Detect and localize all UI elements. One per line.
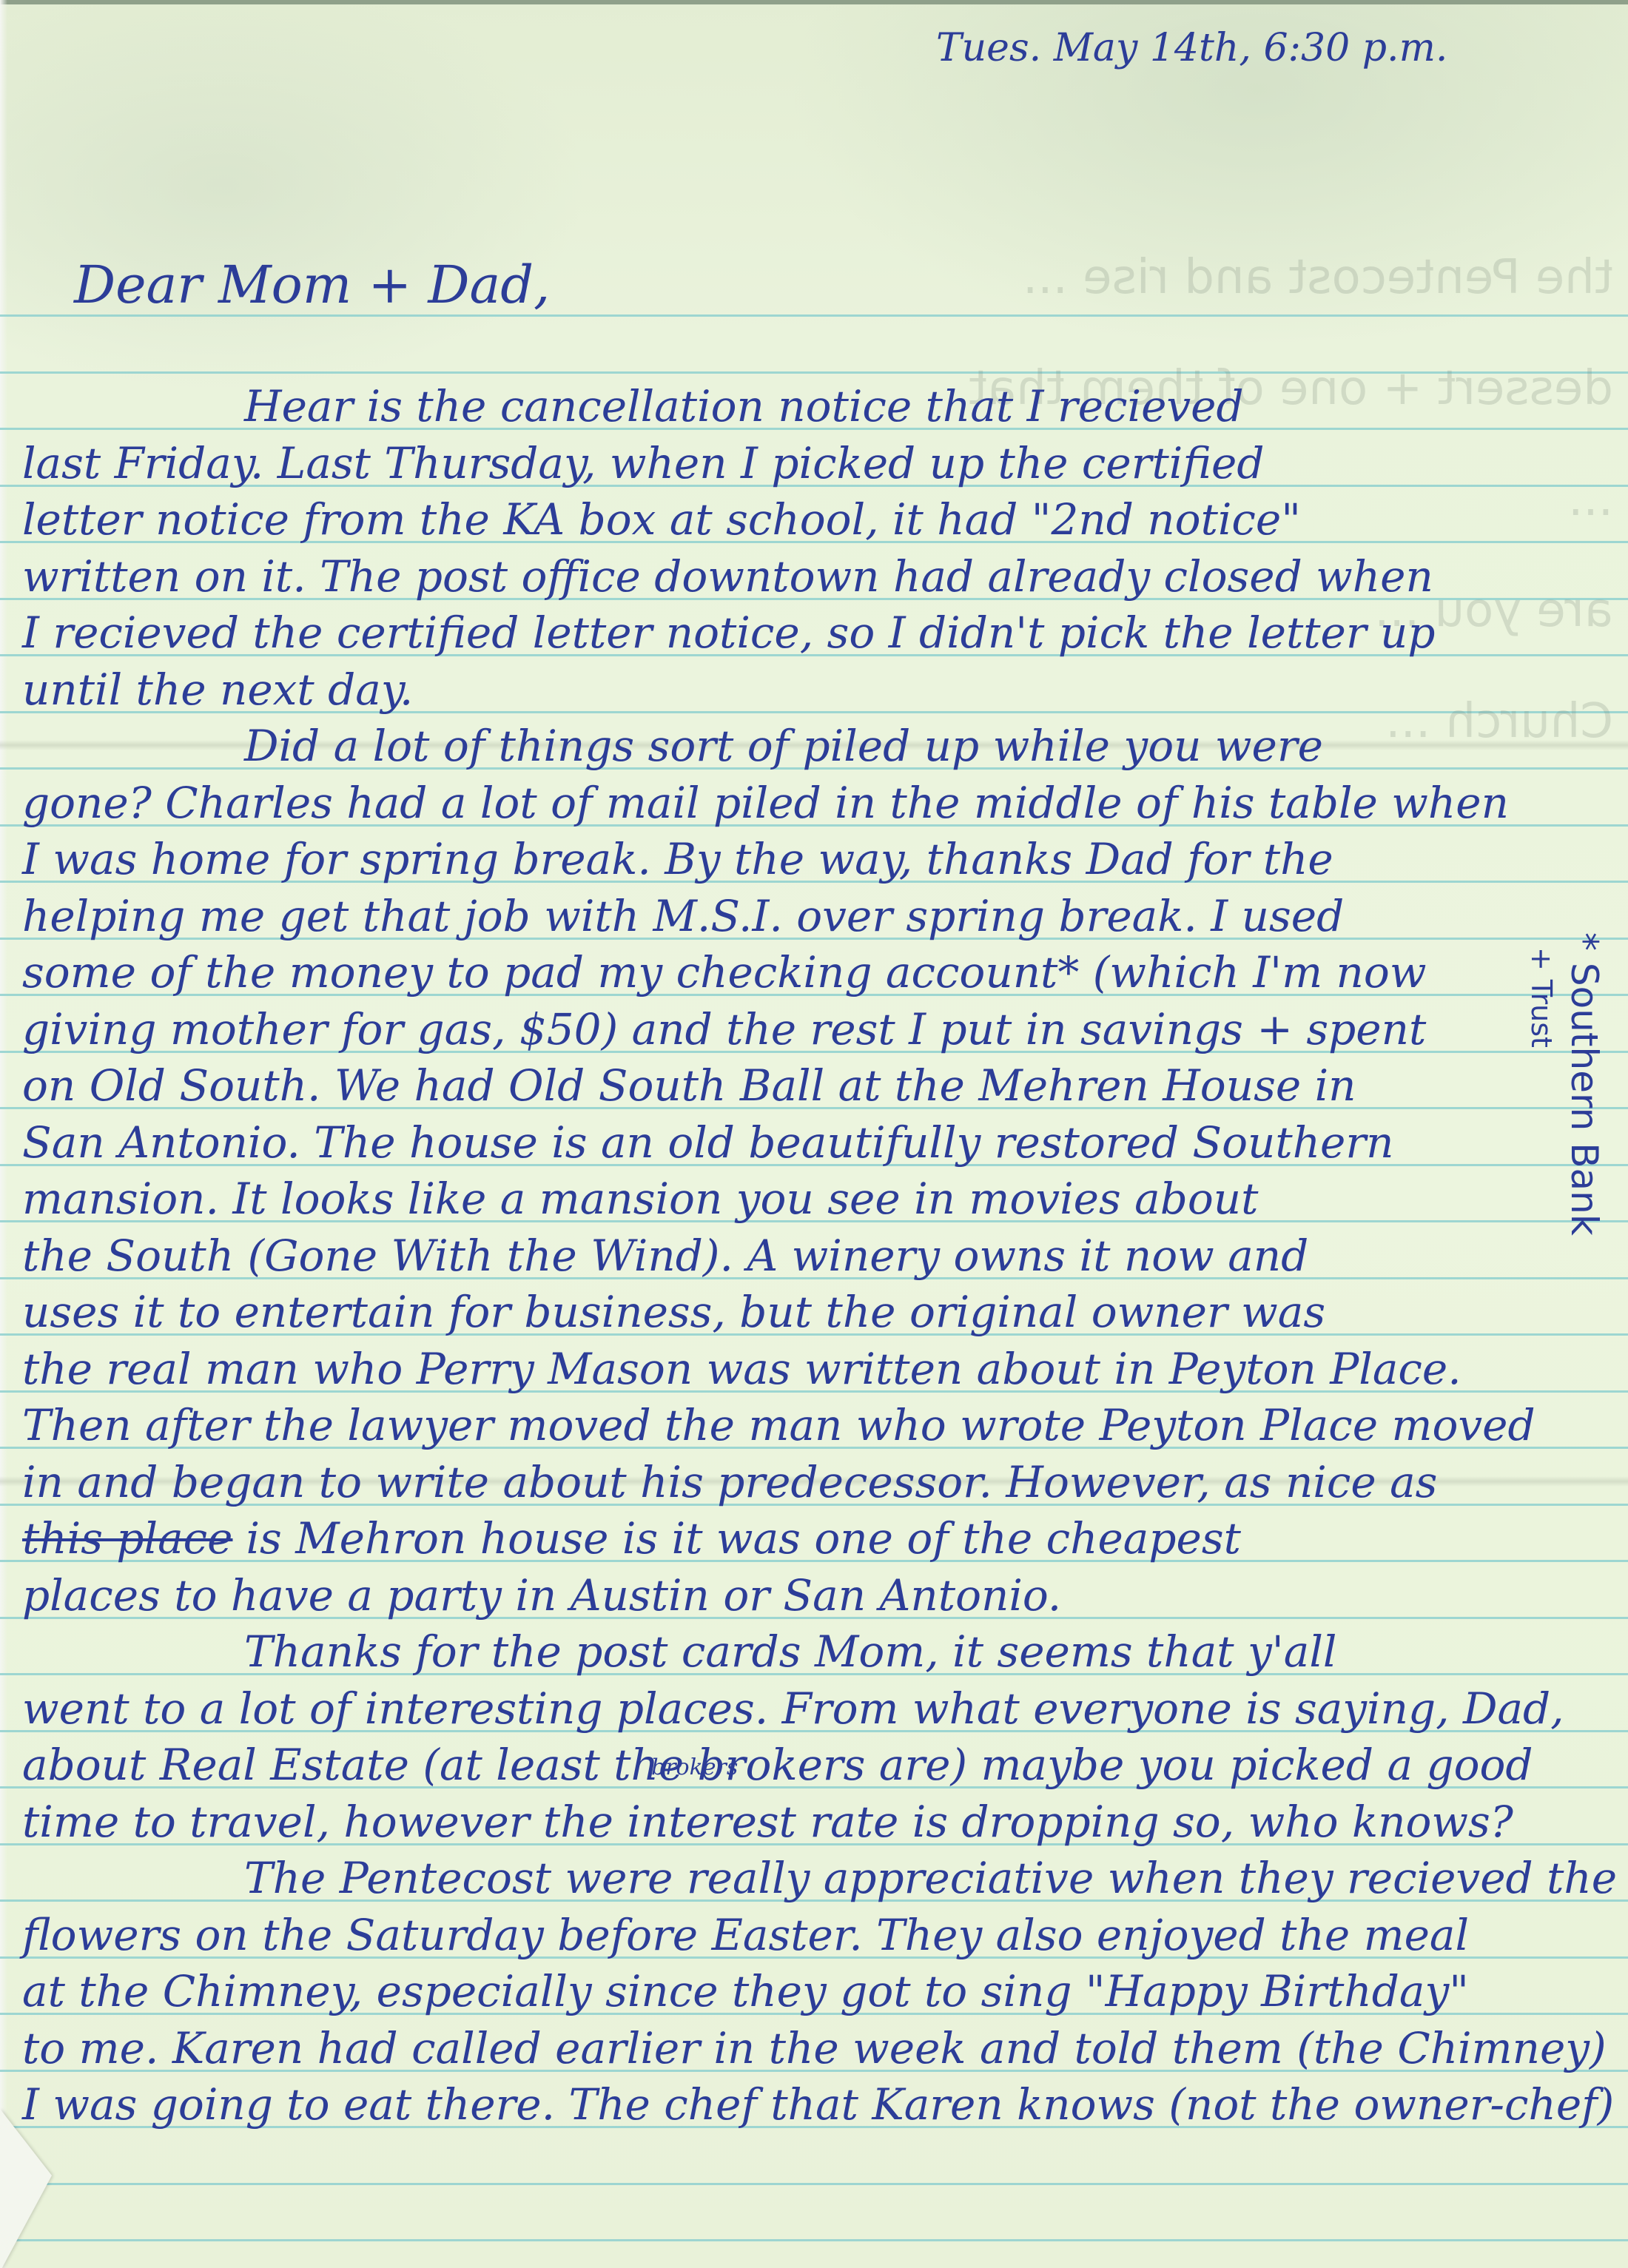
letter-line: until the next day. [22,662,413,717]
ruled-line [0,2239,1628,2241]
letter-line: written on it. The post office downtown … [22,549,1433,604]
ruled-line [0,2183,1628,2185]
letter-line: Did a lot of things sort of piled up whi… [244,719,1323,773]
letter-line: the real man who Perry Mason was written… [22,1342,1461,1396]
letter-line: gone? Charles had a lot of mail piled in… [22,775,1509,830]
line-text: is Mehron house is it was one of the che… [246,1513,1240,1564]
letter-line: about Real Estate (at least the brokers … [22,1737,1533,1792]
letter-line: Then after the lawyer moved the man who … [22,1398,1535,1453]
letter-line: in and began to write about his predeces… [22,1455,1437,1510]
letter-line: on Old South. We had Old South Ball at t… [22,1058,1356,1113]
margin-note-line: + Trust [1520,932,1563,1273]
letter-line: Thanks for the post cards Mom, it seems … [244,1624,1336,1679]
letter-line: The Pentecost were really appreciative w… [244,1851,1617,1905]
letter-line: time to travel, however the interest rat… [22,1794,1513,1849]
letter-line: mansion. It looks like a mansion you see… [22,1171,1258,1226]
folded-corner [0,2109,52,2268]
letter-line: to me. Karen had called earlier in the w… [22,2021,1607,2076]
struck-text: this place [22,1513,232,1564]
letter-line: I recieved the certified letter notice, … [22,605,1436,660]
letter-line: the South (Gone With the Wind). A winery… [22,1228,1308,1283]
letter-line: Hear is the cancellation notice that I r… [244,379,1244,434]
letter-line: some of the money to pad my checking acc… [22,945,1426,1000]
letter-line: San Antonio. The house is an old beautif… [22,1115,1393,1170]
letter-line: flowers on the Saturday before Easter. T… [22,1908,1469,1962]
letter-page: the Pentecost and rise ... dessert + one… [0,0,1628,2268]
letter-line: I was home for spring break. By the way,… [22,832,1333,886]
date-line: Tues. May 14th, 6:30 p.m. [936,22,1447,74]
letter-line: I was going to eat there. The chef that … [22,2077,1614,2132]
scan-top-edge [0,0,1628,4]
letter-line: this placeis Mehron house is it was one … [22,1511,1241,1566]
letter-line: letter notice from the KA box at school,… [22,492,1301,547]
scan-left-edge [0,0,7,2268]
letter-line: last Friday. Last Thursday, when I picke… [22,436,1264,491]
margin-note-line: * Southern Bank [1563,932,1606,1273]
salutation: Dear Mom + Dad, [74,252,550,318]
letter-line: uses it to entertain for business, but t… [22,1285,1325,1339]
letter-line: helping me get that job with M.S.I. over… [22,889,1344,943]
margin-note: * Southern Bank + Trust [1520,932,1606,1273]
interlinear-correction: brokers [651,1754,738,1780]
letter-line: giving mother for gas, $50) and the rest… [22,1002,1426,1057]
letter-line: at the Chimney, especially since they go… [22,1964,1469,2019]
letter-line: went to a lot of interesting places. Fro… [22,1681,1564,1736]
letter-line: places to have a party in Austin or San … [22,1568,1061,1623]
